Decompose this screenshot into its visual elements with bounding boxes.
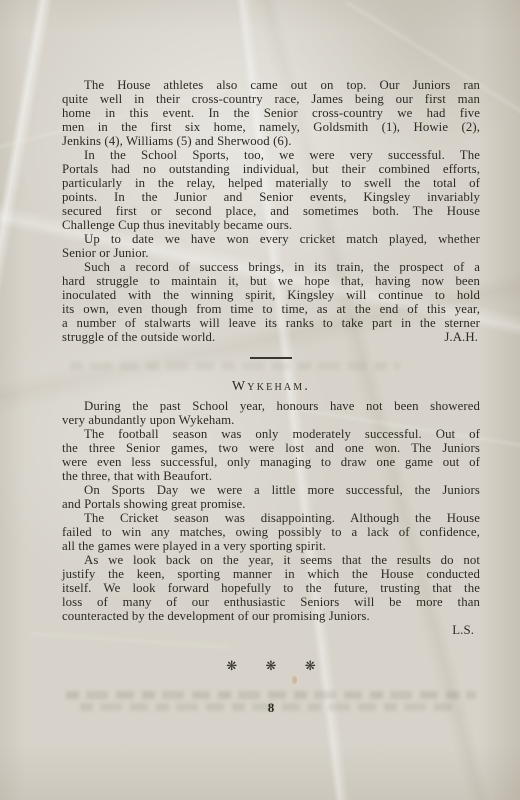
text-line: justify the keen, sporting manner in whi…: [62, 567, 480, 581]
text-line: all the games were played in a very spor…: [62, 539, 480, 553]
paragraph: In the School Sports, too, we were very …: [62, 148, 480, 232]
text-line: The football season was only moderately …: [62, 427, 480, 441]
text-line: The House athletes also came out on top.…: [62, 78, 480, 92]
text-line: During the past School year, honours hav…: [62, 399, 480, 413]
text-line: men in the first six home, namely, Golds…: [62, 120, 480, 134]
paragraph: Such a record of success brings, in its …: [62, 260, 480, 344]
text-line: failed to win any matches, owing possibl…: [62, 525, 480, 539]
text-line: loss of many of our enthusiastic Seniors…: [62, 595, 480, 609]
section-divider: [250, 357, 292, 359]
paragraph: The Cricket season was disappointing. Al…: [62, 511, 480, 553]
text-line: struggle of the outside world.: [62, 330, 480, 344]
paragraph: The House athletes also came out on top.…: [62, 78, 480, 148]
text-line: Senior or Junior.: [62, 246, 480, 260]
paragraph: The football season was only moderately …: [62, 427, 480, 483]
text-line: Jenkins (4), Williams (5) and Sherwood (…: [62, 134, 480, 148]
ornament-florets: ❋ ❋ ❋: [62, 660, 480, 674]
kingsley-section: The House athletes also came out on top.…: [62, 78, 480, 344]
wykeham-paragraphs: During the past School year, honours hav…: [62, 399, 480, 623]
author-initials-ls: L.S.: [62, 623, 480, 637]
paragraph: During the past School year, honours hav…: [62, 399, 480, 427]
text-line: As we look back on the year, it seems th…: [62, 553, 480, 567]
wykeham-heading: Wykeham.: [62, 380, 480, 394]
text-line: itself. We look forward hopefully to the…: [62, 581, 480, 595]
text-line: home in this event. In the Senior cross-…: [62, 106, 480, 120]
paragraph: Up to date we have won every cricket mat…: [62, 232, 480, 260]
text-column: The House athletes also came out on top.…: [62, 0, 480, 715]
text-line: the three Senior games, two were lost an…: [62, 441, 480, 455]
paragraph: On Sports Day we were a little more succ…: [62, 483, 480, 511]
author-initials: J.A.H.: [444, 330, 478, 344]
wykeham-section: Wykeham. During the past School year, ho…: [62, 380, 480, 637]
text-line: In the School Sports, too, we were very …: [62, 148, 480, 162]
text-line: Such a record of success brings, in its …: [62, 260, 480, 274]
text-line: the three, that with Beaufort.: [62, 469, 480, 483]
text-line: Up to date we have won every cricket mat…: [62, 232, 480, 246]
scanned-page: The House athletes also came out on top.…: [0, 0, 520, 800]
text-line: Challenge Cup thus inevitably became our…: [62, 218, 480, 232]
text-line: particularly in the relay, helped materi…: [62, 176, 480, 190]
text-line: secured first or second place, and somet…: [62, 204, 480, 218]
text-line: very abundantly upon Wykeham.: [62, 413, 480, 427]
text-line: its own, even though from time to time, …: [62, 302, 480, 316]
text-line: counteracted by the development of our p…: [62, 609, 480, 623]
text-line: quite well in their cross-country race, …: [62, 92, 480, 106]
text-line: points. In the Junior and Senior events,…: [62, 190, 480, 204]
text-line: and Portals showing great promise.: [62, 497, 480, 511]
text-line: On Sports Day we were a little more succ…: [62, 483, 480, 497]
text-line: inoculated with the winning spirit, King…: [62, 288, 480, 302]
text-line: hard struggle to maintain it, but we hop…: [62, 274, 480, 288]
text-line: were even less successful, only managing…: [62, 455, 480, 469]
page-number: 8: [62, 701, 480, 715]
paragraph: As we look back on the year, it seems th…: [62, 553, 480, 623]
text-line: Portals had no outstanding individual, b…: [62, 162, 480, 176]
text-line: The Cricket season was disappointing. Al…: [62, 511, 480, 525]
text-line: a number of stalwarts will leave its ran…: [62, 316, 480, 330]
